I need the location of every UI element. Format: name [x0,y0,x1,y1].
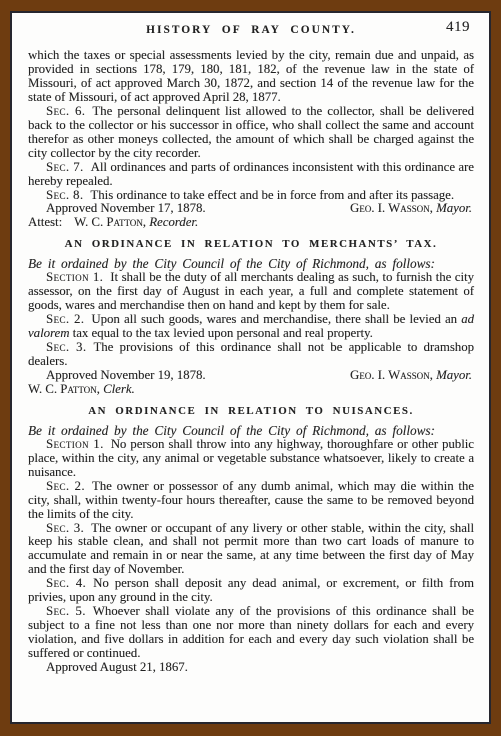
section-paragraph-sec6: Sec. 6.The personal delinquent list allo… [28,105,474,161]
section-paragraph-m3: Sec. 3.The provisions of this ordinance … [28,341,474,369]
clerk-row: W. C. Patton, Clerk. [28,383,474,397]
mayor-signature: Geo. I. Wasson, Mayor. [350,202,474,216]
approval-signature-row: Approved November 19, 1878. Geo. I. Wass… [28,369,474,383]
mayor-name: Geo. I. Wasson, [350,368,433,382]
section-label: Sec. 7. [46,160,84,174]
section-label: Sec. 3. [46,340,86,354]
section-label: Sec. 8. [46,188,83,202]
section-text: Upon all such goods, wares and merchandi… [91,312,461,326]
attest-label: Attest: [28,215,62,229]
approval-signature-row: Approved November 17, 1878. Geo. I. Wass… [28,202,474,216]
recorder-title: Recorder. [149,215,198,229]
section-paragraph-m1: Section 1.It shall be the duty of all me… [28,271,474,313]
ordinance-heading-nuisances: AN ORDINANCE IN RELATION TO NUISANCES. [28,405,474,419]
section-paragraph-m2: Sec. 2.Upon all such goods, wares and me… [28,313,474,341]
ordinance-heading-merchants-tax: AN ORDINANCE IN RELATION TO MERCHANTS’ T… [28,238,474,252]
section-text: The owner or occupant of any livery or o… [28,521,474,577]
mayor-title: Mayor. [436,368,472,382]
section-paragraph-n4: Sec. 4.No person shall deposit any dead … [28,577,474,605]
preamble-merchants: Be it ordained by the City Council of th… [28,257,474,271]
section-text: The personal delinquent list allowed to … [28,104,474,160]
section-text: Whoever shall violate any of the provisi… [28,604,474,660]
section-paragraph-n1: Section 1.No person shall throw into any… [28,438,474,480]
section-text: tax equal to the tax levied upon persona… [69,326,372,340]
section-label: Sec. 5. [46,604,86,618]
running-header: HISTORY OF RAY COUNTY. 419 [28,23,474,39]
clerk-title: Clerk. [103,382,135,396]
recorder-name: W. C. Patton, [74,215,146,229]
continuation-paragraph: which the taxes or special assessments l… [28,49,474,105]
section-label: Sec. 2. [46,479,85,493]
section-text: This ordinance to take effect and be in … [90,188,454,202]
section-paragraph-n2: Sec. 2.The owner or possessor of any dum… [28,480,474,522]
clerk-name: W. C. Patton, [28,382,100,396]
section-label: Sec. 3. [46,521,84,535]
section-label: Section 1. [46,437,104,451]
section-text: All ordinances and parts of ordinances i… [28,160,474,188]
section-paragraph-sec8: Sec. 8.This ordinance to take effect and… [28,189,474,203]
page-border-frame: HISTORY OF RAY COUNTY. 419 which the tax… [0,0,501,736]
section-paragraph-sec7: Sec. 7.All ordinances and parts of ordin… [28,161,474,189]
mayor-name: Geo. I. Wasson, [350,201,433,215]
section-label: Sec. 2. [46,312,84,326]
section-label: Sec. 6. [46,104,85,118]
section-label: Sec. 4. [46,576,86,590]
preamble-nuisances: Be it ordained by the City Council of th… [28,424,474,438]
page-number: 419 [446,21,470,35]
mayor-signature: Geo. I. Wasson, Mayor. [350,369,474,383]
book-page: HISTORY OF RAY COUNTY. 419 which the tax… [10,11,491,724]
approval-date: Approved November 19, 1878. [28,369,206,383]
section-text: The provisions of this ordinance shall n… [28,340,474,368]
section-label: Section 1. [46,270,103,284]
section-text: The owner or possessor of any dumb anima… [28,479,474,521]
page-title: HISTORY OF RAY COUNTY. [146,24,356,36]
continuation-text: which the taxes or special assessments l… [28,48,474,104]
approval-date-final: Approved August 21, 1867. [28,661,474,675]
section-text: No person shall deposit any dead animal,… [28,576,474,604]
attest-row: Attest:W. C. Patton, Recorder. [28,216,474,230]
approval-date: Approved November 17, 1878. [28,202,206,216]
section-paragraph-n3: Sec. 3.The owner or occupant of any live… [28,522,474,578]
section-paragraph-n5: Sec. 5.Whoever shall violate any of the … [28,605,474,661]
mayor-title: Mayor. [436,201,472,215]
